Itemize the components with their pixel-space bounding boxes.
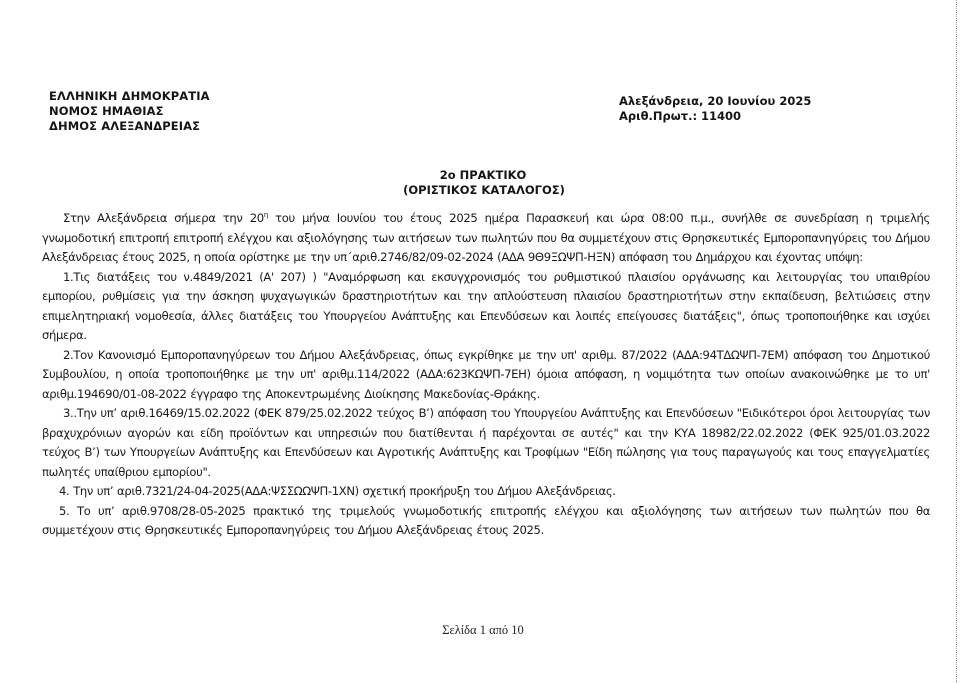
document-body: Στην Αλεξάνδρεια σήμερα την 20η του μήνα…: [42, 209, 930, 541]
considerations-item-4: 4. Την υπ’ αριθ.7321/24-04-2025(ΑΔΑ:ΨΣΣΩ…: [42, 482, 930, 502]
issuer-municipality: ΔΗΜΟΣ ΑΛΕΞΑΝΔΡΕΙΑΣ: [49, 119, 210, 134]
place-date: Αλεξάνδρεια, 20 Ιουνίου 2025: [619, 94, 811, 109]
considerations-item-3: 3..Την υπ’ αριθ.16469/15.02.2022 (ΦΕΚ 87…: [42, 404, 930, 482]
issuer-prefecture: ΝΟΜΟΣ ΗΜΑΘΙΑΣ: [49, 104, 210, 119]
title-line-2: (ΟΡΙΣΤΙΚΟΣ ΚΑΤΑΛΟΓΟΣ): [0, 183, 966, 198]
document-title: 2ο ΠΡΑΚΤΙΚΟ (ΟΡΙΣΤΙΚΟΣ ΚΑΤΑΛΟΓΟΣ): [0, 168, 966, 198]
issuer-country: ΕΛΛΗΝΙΚΗ ΔΗΜΟΚΡΑΤΙΑ: [49, 89, 210, 104]
considerations-item-1: 1.Τις διατάξεις του ν.4849/2021 (Α' 207)…: [42, 268, 930, 346]
protocol-number: Αριθ.Πρωτ.: 11400: [619, 109, 811, 124]
title-line-1: 2ο ΠΡΑΚΤΙΚΟ: [0, 168, 966, 183]
intro-paragraph: Στην Αλεξάνδρεια σήμερα την 20η του μήνα…: [42, 209, 930, 268]
scan-edge-line: [956, 0, 957, 683]
document-meta: Αλεξάνδρεια, 20 Ιουνίου 2025 Αριθ.Πρωτ.:…: [619, 94, 811, 124]
page-number: Σελίδα 1 από 10: [0, 623, 966, 638]
issuer-block: ΕΛΛΗΝΙΚΗ ΔΗΜΟΚΡΑΤΙΑ ΝΟΜΟΣ ΗΜΑΘΙΑΣ ΔΗΜΟΣ …: [49, 89, 210, 134]
considerations-item-2: 2.Τον Κανονισμό Εμποροπανηγύρεων του Δήμ…: [42, 346, 930, 405]
considerations-item-5: 5. Το υπ’ αριθ.9708/28-05-2025 πρακτικό …: [42, 502, 930, 541]
